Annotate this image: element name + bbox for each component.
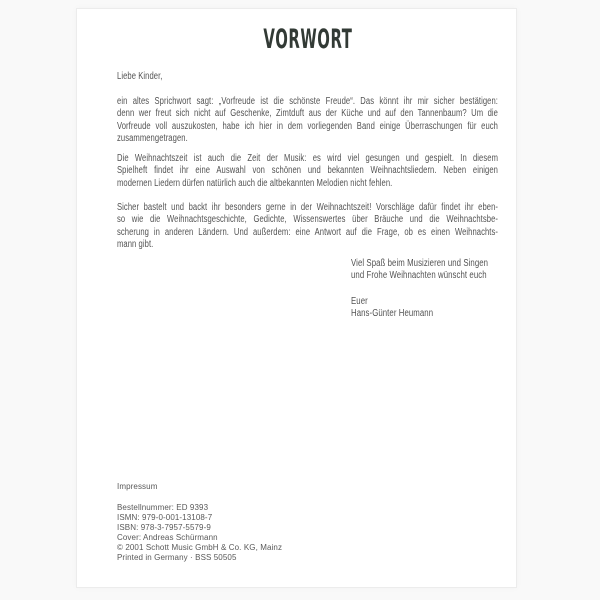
page-title-text: VORWORT (263, 26, 352, 54)
paragraph-line: Sicher bastelt und backt ihr besonders g… (117, 202, 498, 214)
paragraph-line: mann gibt. (117, 239, 498, 251)
signature-block: Euer Hans-Günter Heumann (351, 296, 433, 321)
paragraph: Sicher bastelt und backt ihr besonders g… (117, 202, 498, 251)
paragraph-line: Spielheft findet ihr eine Auswahl von sc… (117, 165, 498, 177)
imprint-line-copyright: © 2001 Schott Music GmbH & Co. KG, Mainz (117, 543, 282, 553)
salutation: Liebe Kinder, (117, 71, 498, 83)
closing-block: Viel Spaß beim Musizieren und Singen und… (351, 258, 488, 283)
imprint-line-printed: Printed in Germany · BSS 50505 (117, 553, 282, 563)
paragraph-line: so wie die Weihnachtsgeschichte, Gedicht… (117, 214, 498, 226)
closing-line: und Frohe Weihnachten wünscht euch (351, 270, 488, 282)
closing-line: Viel Spaß beim Musizieren und Singen (351, 258, 488, 270)
paragraph-line: Vorfreude voll auszukosten, habe ich hie… (117, 121, 498, 133)
book-page: VORWORT Liebe Kinder, ein altes Sprichwo… (76, 8, 517, 588)
paragraph: Die Weihnachtszeit ist auch die Zeit der… (117, 153, 498, 190)
imprint-line-order-number: Bestellnummer: ED 9393 (117, 503, 282, 513)
paragraph-line: scherung in anderen Ländern. Und außerde… (117, 227, 498, 239)
imprint-heading: Impressum (117, 482, 157, 491)
paragraph-line: Die Weihnachtszeit ist auch die Zeit der… (117, 153, 498, 165)
paragraph-line: ein altes Sprichwort sagt: „Vorfreude is… (117, 96, 498, 108)
paragraph-line: modernen Liedern dürfen natürlich auch d… (117, 178, 498, 190)
imprint-block: Bestellnummer: ED 9393 ISMN: 979-0-001-1… (117, 503, 282, 563)
signature-line: Euer (351, 296, 433, 308)
salutation-text: Liebe Kinder, (117, 71, 498, 83)
paragraph: ein altes Sprichwort sagt: „Vorfreude is… (117, 96, 498, 145)
imprint-line-isbn: ISBN: 978-3-7957-5579-9 (117, 523, 282, 533)
page-title: VORWORT (117, 26, 498, 54)
paragraph-line: denn wer freut sich nicht auf Geschenke,… (117, 108, 498, 120)
imprint-line-ismn: ISMN: 979-0-001-13108-7 (117, 513, 282, 523)
paragraph-line: zusammengetragen. (117, 133, 498, 145)
screenshot-root: VORWORT Liebe Kinder, ein altes Sprichwo… (0, 0, 600, 600)
author-name: Hans-Günter Heumann (351, 308, 433, 320)
imprint-line-cover: Cover: Andreas Schürmann (117, 533, 282, 543)
